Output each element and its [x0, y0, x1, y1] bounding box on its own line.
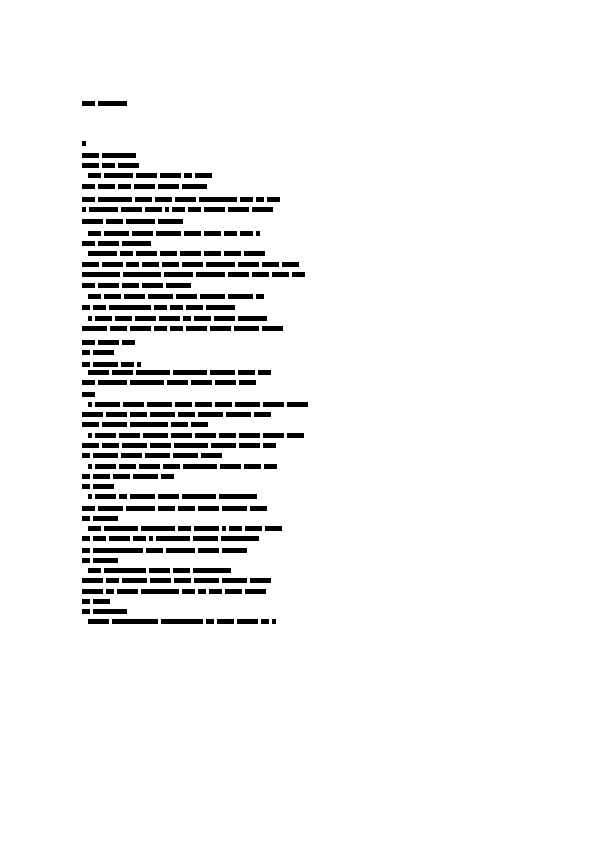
document-line-paragraph-first — [88, 432, 304, 439]
illegible-word — [135, 316, 156, 321]
illegible-word — [154, 326, 167, 331]
illegible-word — [82, 558, 90, 563]
illegible-word — [238, 262, 259, 267]
illegible-word — [198, 589, 206, 594]
illegible-word — [150, 443, 171, 448]
document-line-paragraph-first — [88, 172, 212, 179]
illegible-word — [121, 207, 142, 212]
illegible-word — [149, 536, 153, 541]
illegible-word — [93, 305, 106, 310]
document-line-paragraph — [82, 271, 305, 278]
illegible-word — [156, 536, 190, 541]
illegible-word — [262, 326, 283, 331]
illegible-word — [95, 494, 116, 499]
illegible-word — [93, 362, 118, 367]
illegible-word — [166, 283, 191, 288]
illegible-word — [220, 464, 241, 469]
illegible-word — [252, 272, 269, 277]
illegible-word — [240, 197, 253, 202]
illegible-word — [112, 619, 158, 624]
illegible-word — [82, 262, 99, 267]
illegible-word — [264, 464, 277, 469]
document-line-paragraph — [82, 505, 267, 512]
illegible-word — [224, 231, 237, 236]
document-line-paragraph-first — [88, 293, 264, 300]
illegible-word — [95, 316, 112, 321]
illegible-word — [245, 589, 266, 594]
illegible-word — [161, 619, 203, 624]
illegible-word — [88, 402, 92, 407]
illegible-word — [173, 568, 190, 573]
illegible-word — [178, 526, 191, 531]
illegible-word — [178, 412, 195, 417]
illegible-word — [244, 251, 265, 256]
illegible-word — [226, 412, 251, 417]
illegible-word — [171, 422, 188, 427]
illegible-word — [194, 316, 211, 321]
illegible-word — [206, 305, 235, 310]
illegible-word — [287, 433, 304, 438]
illegible-word — [228, 294, 253, 299]
illegible-word — [88, 464, 92, 469]
illegible-word — [88, 494, 92, 499]
illegible-word — [98, 380, 127, 385]
illegible-word — [239, 433, 260, 438]
illegible-word — [210, 370, 235, 375]
illegible-word — [82, 422, 99, 427]
document-line-paragraph — [82, 379, 256, 386]
illegible-word — [191, 380, 212, 385]
illegible-word — [254, 412, 271, 417]
illegible-word — [210, 326, 231, 331]
illegible-word — [158, 506, 175, 511]
illegible-word — [112, 370, 133, 375]
illegible-word — [82, 474, 90, 479]
illegible-word — [180, 251, 201, 256]
illegible-word — [188, 207, 201, 212]
illegible-word — [272, 272, 289, 277]
illegible-word — [130, 494, 155, 499]
document-line-paragraph — [82, 325, 283, 332]
illegible-word — [282, 262, 299, 267]
illegible-word — [141, 589, 179, 594]
illegible-word — [98, 241, 119, 246]
document-line-paragraph-first — [88, 618, 276, 625]
illegible-word — [118, 184, 131, 189]
illegible-word — [238, 370, 255, 375]
illegible-word — [82, 443, 99, 448]
illegible-word — [115, 316, 132, 321]
illegible-word — [82, 272, 120, 277]
illegible-word — [256, 294, 264, 299]
document-line-paragraph — [82, 411, 271, 418]
illegible-word — [130, 380, 164, 385]
illegible-word — [88, 294, 101, 299]
document-line-paragraph — [82, 183, 207, 190]
illegible-word — [136, 370, 170, 375]
illegible-word — [228, 207, 249, 212]
illegible-word — [215, 402, 232, 407]
illegible-word — [82, 153, 99, 158]
illegible-word — [193, 536, 218, 541]
illegible-word — [95, 464, 116, 469]
illegible-word — [82, 184, 95, 189]
illegible-word — [104, 294, 121, 299]
illegible-word — [170, 326, 183, 331]
illegible-word — [82, 506, 95, 511]
document-line-subheading — [82, 361, 141, 368]
illegible-word — [250, 506, 267, 511]
illegible-word — [261, 619, 269, 624]
illegible-word — [156, 231, 181, 236]
illegible-word — [198, 548, 219, 553]
illegible-word — [104, 526, 138, 531]
illegible-word — [155, 197, 172, 202]
document-line-paragraph — [82, 421, 208, 428]
illegible-word — [126, 506, 155, 511]
illegible-word — [124, 294, 145, 299]
illegible-word — [134, 184, 155, 189]
illegible-word — [217, 619, 234, 624]
illegible-word — [137, 362, 141, 367]
illegible-word — [142, 283, 163, 288]
illegible-word — [195, 433, 216, 438]
illegible-word — [172, 207, 185, 212]
illegible-word — [237, 619, 258, 624]
document-line-paragraph — [82, 588, 266, 595]
document-line-paragraph — [82, 442, 276, 449]
illegible-word — [82, 350, 90, 355]
document-line-paragraph-first — [88, 525, 282, 532]
illegible-word — [225, 589, 242, 594]
illegible-word — [88, 619, 109, 624]
illegible-word — [222, 526, 226, 531]
illegible-word — [211, 443, 236, 448]
illegible-word — [82, 516, 90, 521]
illegible-word — [82, 484, 90, 489]
illegible-word — [82, 589, 103, 594]
document-line-paragraph — [82, 598, 110, 605]
illegible-word — [82, 412, 103, 417]
illegible-word — [214, 316, 235, 321]
illegible-word — [265, 526, 282, 531]
illegible-word — [136, 173, 157, 178]
illegible-word — [167, 380, 188, 385]
illegible-word — [136, 251, 157, 256]
document-line-section-heading — [82, 152, 136, 159]
illegible-word — [252, 207, 273, 212]
document-line-subheading — [82, 557, 118, 564]
illegible-word — [175, 402, 192, 407]
illegible-word — [159, 316, 180, 321]
illegible-word — [95, 402, 120, 407]
document-line-paragraph-first — [88, 401, 308, 408]
document-line-paragraph — [82, 535, 259, 542]
illegible-word — [149, 568, 170, 573]
illegible-word — [199, 197, 237, 202]
illegible-word — [204, 207, 225, 212]
illegible-word — [165, 207, 169, 212]
illegible-word — [183, 316, 191, 321]
document-line-paragraph-first — [88, 567, 231, 574]
illegible-word — [88, 526, 101, 531]
illegible-word — [222, 506, 247, 511]
illegible-word — [194, 526, 219, 531]
document-line-paragraph — [82, 282, 191, 289]
illegible-word — [145, 453, 170, 458]
illegible-word — [102, 422, 127, 427]
illegible-word — [82, 241, 95, 246]
document-line-paragraph — [82, 218, 183, 225]
illegible-word — [122, 283, 139, 288]
illegible-word — [171, 433, 192, 438]
illegible-word — [173, 453, 198, 458]
illegible-word — [195, 402, 212, 407]
illegible-word — [143, 433, 168, 438]
illegible-word — [148, 294, 173, 299]
illegible-word — [118, 163, 139, 168]
document-line-blank-marker — [82, 140, 86, 147]
illegible-word — [93, 484, 114, 489]
illegible-word — [88, 568, 101, 573]
illegible-word — [123, 272, 161, 277]
illegible-word — [238, 316, 267, 321]
document-line-section-heading — [82, 162, 139, 169]
illegible-word — [164, 272, 193, 277]
document-line-paragraph-first — [88, 369, 271, 376]
illegible-word — [145, 207, 162, 212]
illegible-word — [183, 464, 217, 469]
illegible-word — [292, 272, 305, 277]
illegible-word — [204, 231, 221, 236]
document-line-paragraph — [82, 452, 222, 459]
illegible-word — [195, 173, 212, 178]
illegible-word — [88, 433, 92, 438]
illegible-word — [178, 506, 195, 511]
illegible-word — [262, 262, 279, 267]
illegible-word — [82, 163, 99, 168]
illegible-word — [88, 251, 117, 256]
illegible-word — [93, 536, 106, 541]
illegible-word — [122, 241, 151, 246]
illegible-word — [133, 474, 158, 479]
illegible-word — [263, 402, 284, 407]
illegible-word — [173, 370, 207, 375]
illegible-word — [244, 464, 261, 469]
illegible-word — [163, 464, 180, 469]
document-line-subheading — [82, 608, 127, 615]
document-line-subheading — [82, 483, 114, 490]
document-line-paragraph-first — [88, 315, 267, 322]
illegible-word — [113, 474, 130, 479]
document-line-paragraph — [82, 339, 135, 346]
document-line-paragraph-first — [88, 463, 277, 470]
illegible-word — [98, 283, 119, 288]
illegible-word — [158, 184, 179, 189]
illegible-word — [119, 433, 140, 438]
illegible-word — [158, 494, 179, 499]
document-line-paragraph — [82, 196, 280, 203]
illegible-word — [82, 305, 90, 310]
illegible-word — [119, 464, 136, 469]
illegible-word — [117, 589, 138, 594]
illegible-word — [150, 578, 171, 583]
illegible-word — [121, 362, 134, 367]
illegible-word — [186, 326, 207, 331]
illegible-word — [122, 340, 135, 345]
illegible-word — [104, 231, 129, 236]
illegible-word — [119, 494, 127, 499]
document-line-paragraph — [82, 391, 95, 398]
illegible-word — [196, 272, 225, 277]
illegible-word — [82, 197, 95, 202]
illegible-word — [184, 173, 192, 178]
illegible-word — [82, 536, 90, 541]
illegible-word — [174, 578, 191, 583]
illegible-word — [198, 506, 219, 511]
illegible-word — [82, 578, 103, 583]
illegible-word — [219, 494, 257, 499]
illegible-word — [88, 316, 92, 321]
illegible-word — [102, 443, 119, 448]
illegible-word — [161, 474, 174, 479]
illegible-word — [162, 262, 179, 267]
illegible-word — [209, 589, 222, 594]
illegible-word — [120, 251, 133, 256]
illegible-word — [88, 231, 101, 236]
illegible-word — [250, 578, 271, 583]
document-line-header — [82, 100, 127, 107]
illegible-word — [182, 494, 216, 499]
illegible-word — [182, 184, 207, 189]
illegible-word — [102, 153, 136, 158]
illegible-word — [174, 443, 208, 448]
illegible-word — [166, 548, 195, 553]
illegible-word — [170, 305, 183, 310]
illegible-word — [102, 262, 123, 267]
document-line-paragraph — [82, 473, 174, 480]
illegible-word — [206, 619, 214, 624]
illegible-word — [93, 516, 118, 521]
illegible-word — [235, 402, 260, 407]
illegible-word — [93, 548, 143, 553]
illegible-word — [82, 340, 95, 345]
illegible-word — [133, 536, 146, 541]
illegible-word — [158, 219, 183, 224]
illegible-word — [104, 568, 146, 573]
illegible-word — [82, 392, 95, 397]
illegible-word — [135, 197, 152, 202]
illegible-word — [82, 380, 95, 385]
illegible-word — [141, 526, 175, 531]
illegible-word — [82, 207, 86, 212]
illegible-word — [176, 294, 197, 299]
illegible-word — [221, 536, 259, 541]
illegible-word — [132, 231, 153, 236]
illegible-word — [240, 231, 253, 236]
document-line-paragraph-first — [88, 250, 265, 257]
illegible-word — [98, 340, 119, 345]
document-line-paragraph — [82, 547, 247, 554]
illegible-word — [82, 362, 90, 367]
document-line-paragraph-first — [88, 493, 257, 500]
illegible-word — [263, 443, 276, 448]
illegible-word — [106, 578, 119, 583]
illegible-word — [88, 370, 109, 375]
document-line-paragraph — [82, 261, 299, 268]
illegible-word — [98, 184, 115, 189]
illegible-word — [82, 141, 86, 146]
illegible-word — [82, 219, 103, 224]
illegible-word — [182, 589, 195, 594]
illegible-word — [287, 402, 308, 407]
illegible-word — [154, 305, 167, 310]
illegible-word — [130, 412, 147, 417]
illegible-word — [146, 548, 163, 553]
illegible-word — [184, 231, 201, 236]
illegible-word — [82, 101, 95, 106]
illegible-word — [109, 305, 151, 310]
illegible-word — [130, 326, 151, 331]
document-line-paragraph — [82, 304, 235, 311]
illegible-word — [206, 262, 235, 267]
illegible-word — [123, 402, 144, 407]
illegible-word — [198, 412, 223, 417]
document-line-subheading — [82, 349, 114, 356]
illegible-word — [224, 251, 241, 256]
document-line-paragraph — [82, 577, 271, 584]
illegible-word — [130, 422, 168, 427]
illegible-word — [239, 380, 256, 385]
illegible-word — [122, 443, 147, 448]
illegible-word — [219, 433, 236, 438]
illegible-word — [258, 370, 271, 375]
document-line-paragraph — [82, 240, 151, 247]
illegible-word — [89, 207, 118, 212]
illegible-word — [82, 326, 107, 331]
illegible-word — [93, 599, 110, 604]
illegible-word — [110, 326, 127, 331]
illegible-word — [175, 197, 196, 202]
illegible-word — [95, 433, 116, 438]
illegible-word — [106, 412, 127, 417]
illegible-word — [82, 283, 95, 288]
illegible-word — [126, 219, 155, 224]
illegible-word — [201, 453, 222, 458]
illegible-word — [98, 101, 127, 106]
illegible-word — [200, 294, 225, 299]
illegible-word — [93, 558, 118, 563]
illegible-word — [239, 443, 260, 448]
illegible-word — [93, 474, 110, 479]
illegible-word — [150, 412, 175, 417]
document-page — [0, 0, 595, 842]
illegible-word — [245, 526, 262, 531]
illegible-word — [222, 548, 247, 553]
illegible-word — [256, 197, 264, 202]
illegible-word — [104, 173, 133, 178]
illegible-word — [98, 197, 132, 202]
illegible-word — [126, 262, 139, 267]
document-line-subheading — [82, 515, 118, 522]
illegible-word — [82, 548, 90, 553]
illegible-word — [142, 262, 159, 267]
document-line-paragraph-first — [88, 230, 260, 237]
illegible-word — [263, 433, 284, 438]
illegible-word — [93, 453, 118, 458]
illegible-word — [102, 163, 115, 168]
illegible-word — [93, 350, 114, 355]
